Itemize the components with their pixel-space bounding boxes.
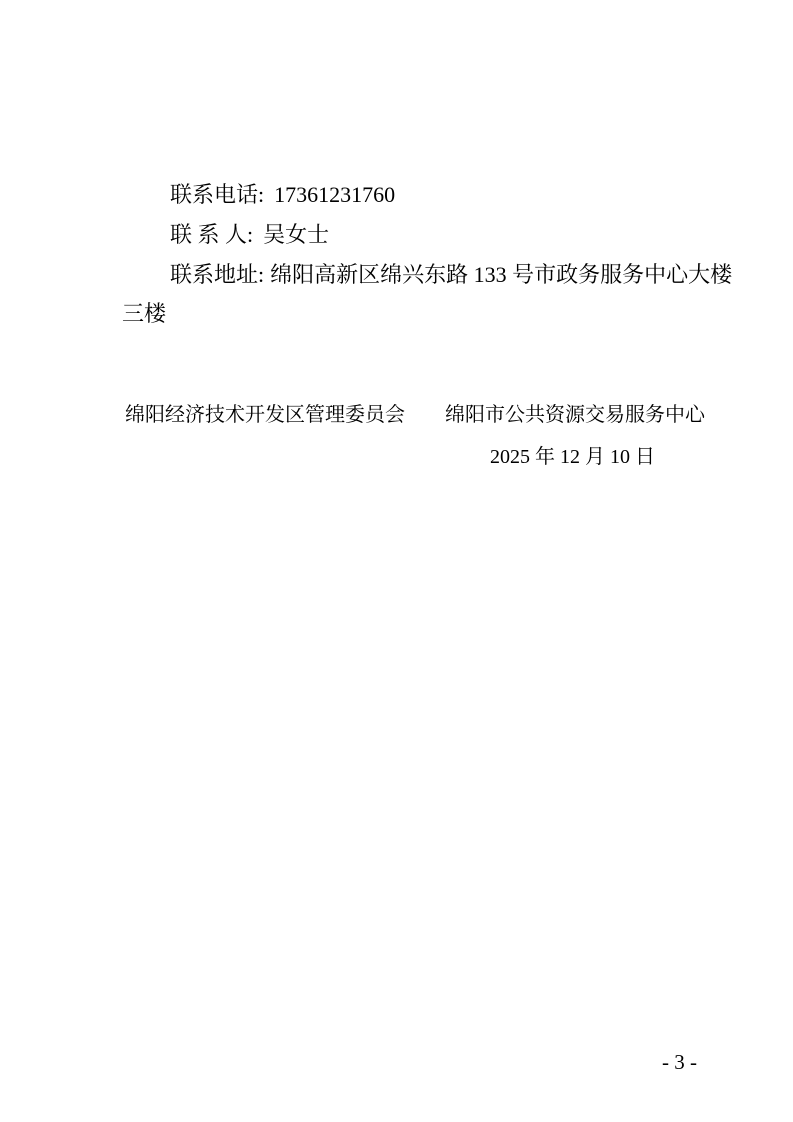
contact-address-overflow: 三楼	[122, 301, 166, 326]
contact-address-overflow-line: 三楼	[100, 254, 166, 294]
signature-date: 2025 年 12 月 10 日	[470, 412, 655, 502]
contact-address-line: 联系地址:绵阳高新区绵兴东路 133 号市政务服务中心大楼	[148, 215, 732, 255]
page-number-text: - 3 -	[662, 1050, 697, 1074]
signature-date-text: 2025 年 12 月 10 日	[490, 446, 655, 468]
contact-address-label: 联系地址:	[170, 262, 264, 287]
signature-left-org: 绵阳经济技术开发区管理委员会	[105, 370, 405, 460]
contact-address-value: 绵阳高新区绵兴东路 133 号市政务服务中心大楼	[270, 262, 732, 287]
contact-person-line: 联 系 人:吴女士	[148, 175, 329, 215]
signature-left-org-text: 绵阳经济技术开发区管理委员会	[125, 404, 405, 426]
document-page: 联系电话:17361231760 联 系 人:吴女士 联系地址:绵阳高新区绵兴东…	[0, 0, 793, 1122]
page-number: - 3 -	[641, 1029, 697, 1095]
contact-phone-line: 联系电话:17361231760	[148, 135, 395, 175]
